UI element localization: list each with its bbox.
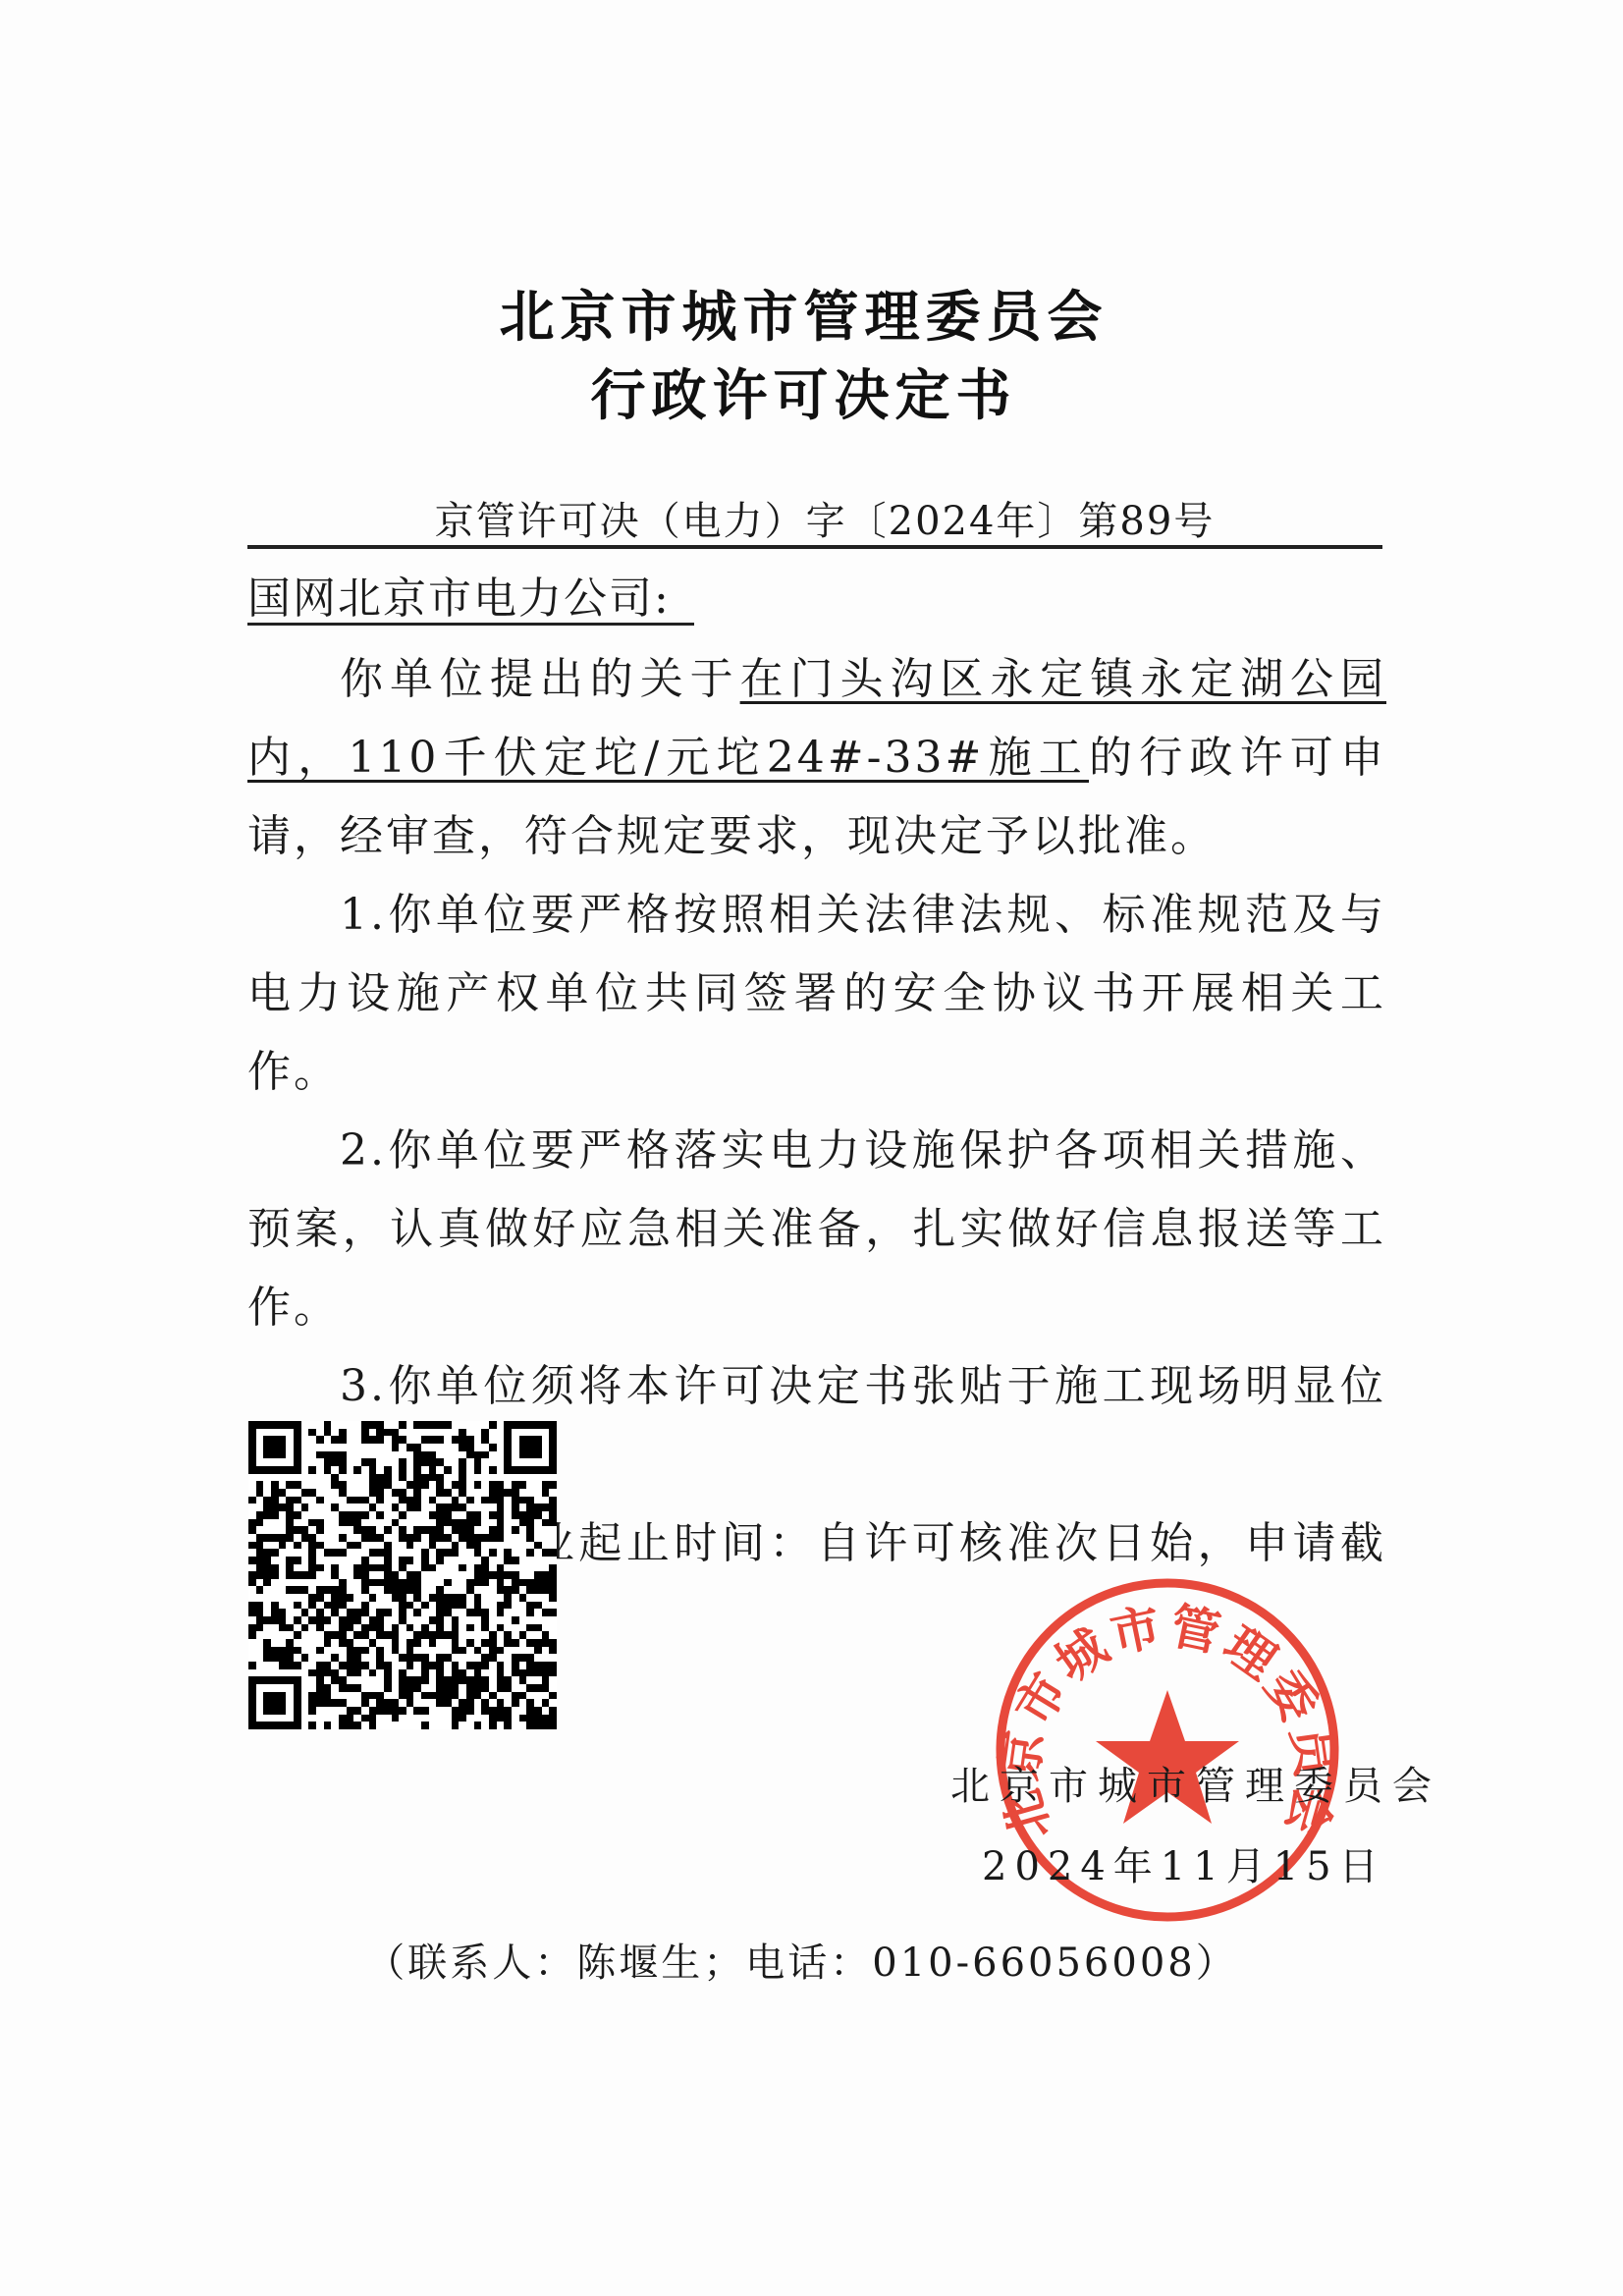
document-page: 北京市城市管理委员会 行政许可决定书 京管许可决（电力）字〔2024年〕第89号…	[0, 0, 1623, 2296]
paragraph-intro: 你单位提出的关于在门头沟区永定镇永定湖公园内，110千伏定坨/元坨24#-33#…	[247, 640, 1386, 876]
signature-date: 2024年11月15日	[982, 1843, 1386, 1890]
document-number-text: 京管许可决（电力）字〔2024年〕第89号	[415, 499, 1216, 544]
item-1: 1.你单位要严格按照相关法律法规、标准规范及与电力设施产权单位共同签署的安全协议…	[247, 876, 1386, 1112]
document-number: 京管许可决（电力）字〔2024年〕第89号	[247, 498, 1382, 549]
title-issuer: 北京市城市管理委员会	[0, 287, 1615, 348]
contact-info: （联系人：陈堰生；电话：010-66056008）	[0, 1940, 1623, 1987]
qr-code-icon[interactable]	[248, 1421, 557, 1729]
recipient: 国网北京市电力公司:	[247, 575, 694, 626]
signature-organization: 北京市城市管理委员会	[950, 1763, 1441, 1810]
intro-prefix: 你单位提出的关于	[340, 654, 740, 704]
item-2: 2.你单位要严格落实电力设施保护各项相关措施、预案，认真做好应急相关准备，扎实做…	[247, 1112, 1386, 1347]
title-document-type: 行政许可决定书	[0, 365, 1615, 426]
